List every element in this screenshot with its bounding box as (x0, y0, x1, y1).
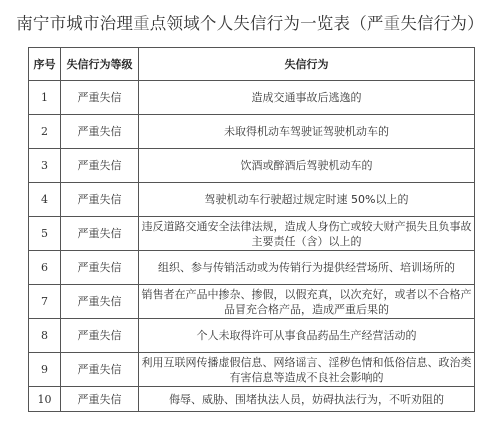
row-number: 7 (29, 285, 61, 319)
row-level: 严重失信 (61, 251, 139, 285)
title-part: 点领域个人失信行为一览表（严 (150, 14, 384, 33)
dishonesty-behavior-table: 序号 失信行为等级 失信行为 1 严重失信 造成交通事故后逃逸的 2 严重失信 … (28, 47, 475, 412)
table-row: 6 严重失信 组织、参与传销活动或为传销行为提供经营场所、培训场所的 (29, 251, 475, 285)
header-level: 失信行为等级 (61, 48, 139, 81)
row-behavior: 未取得机动车驾驶证驾驶机动车的 (139, 115, 475, 149)
table-row: 5 严重失信 违反道路交通安全法律法规，造成人身伤亡或较大财产损失且负事故主要责… (29, 217, 475, 251)
row-behavior: 销售者在产品中掺杂、掺假，以假充真，以次充好，或者以不合格产品冒充合格产品，造成… (139, 285, 475, 319)
row-behavior: 个人未取得许可从事食品药品生产经营活动的 (139, 319, 475, 353)
row-number: 6 (29, 251, 61, 285)
table-row: 10 严重失信 侮辱、威胁、围堵执法人员，妨碍执法行为，不听劝阻的 (29, 387, 475, 412)
table-row: 1 严重失信 造成交通事故后逃逸的 (29, 81, 475, 115)
row-number: 1 (29, 81, 61, 115)
row-number: 3 (29, 149, 61, 183)
row-number: 2 (29, 115, 61, 149)
row-number: 4 (29, 183, 61, 217)
table-row: 7 严重失信 销售者在产品中掺杂、掺假，以假充真，以次充好，或者以不合格产品冒充… (29, 285, 475, 319)
title-part: 失信行为） (400, 14, 484, 33)
row-level: 严重失信 (61, 183, 139, 217)
row-level: 严重失信 (61, 149, 139, 183)
row-level: 严重失信 (61, 115, 139, 149)
table-row: 9 严重失信 利用互联网传播虚假信息、网络谣言、淫秽色情和低俗信息、政治类有害信… (29, 353, 475, 387)
row-level: 严重失信 (61, 387, 139, 412)
row-behavior: 驾驶机动车行驶超过规定时速 50%以上的 (139, 183, 475, 217)
table-row: 8 严重失信 个人未取得许可从事食品药品生产经营活动的 (29, 319, 475, 353)
row-behavior: 违反道路交通安全法律法规，造成人身伤亡或较大财产损失且负事故主要责任（含）以上的 (139, 217, 475, 251)
row-number: 10 (29, 387, 61, 412)
header-serial-number: 序号 (29, 48, 61, 81)
row-behavior: 饮酒或醉酒后驾驶机动车的 (139, 149, 475, 183)
table-row: 2 严重失信 未取得机动车驾驶证驾驶机动车的 (29, 115, 475, 149)
page-title: 南宁市城市治理重点领域个人失信行为一览表（严重失信行为） (0, 10, 500, 34)
table-header-row: 序号 失信行为等级 失信行为 (29, 48, 475, 81)
title-part-highlight: 重 (384, 14, 401, 33)
table-row: 3 严重失信 饮酒或醉酒后驾驶机动车的 (29, 149, 475, 183)
row-behavior: 侮辱、威胁、围堵执法人员，妨碍执法行为，不听劝阻的 (139, 387, 475, 412)
row-number: 5 (29, 217, 61, 251)
row-number: 8 (29, 319, 61, 353)
row-behavior: 利用互联网传播虚假信息、网络谣言、淫秽色情和低俗信息、政治类有害信息等造成不良社… (139, 353, 475, 387)
row-behavior: 组织、参与传销活动或为传销行为提供经营场所、培训场所的 (139, 251, 475, 285)
row-number: 9 (29, 353, 61, 387)
row-level: 严重失信 (61, 319, 139, 353)
header-behavior: 失信行为 (139, 48, 475, 81)
title-part: 南宁市城市治理 (16, 14, 133, 33)
row-level: 严重失信 (61, 353, 139, 387)
title-part-highlight: 重 (133, 14, 150, 33)
table-row: 4 严重失信 驾驶机动车行驶超过规定时速 50%以上的 (29, 183, 475, 217)
row-behavior: 造成交通事故后逃逸的 (139, 81, 475, 115)
row-level: 严重失信 (61, 217, 139, 251)
row-level: 严重失信 (61, 81, 139, 115)
row-level: 严重失信 (61, 285, 139, 319)
